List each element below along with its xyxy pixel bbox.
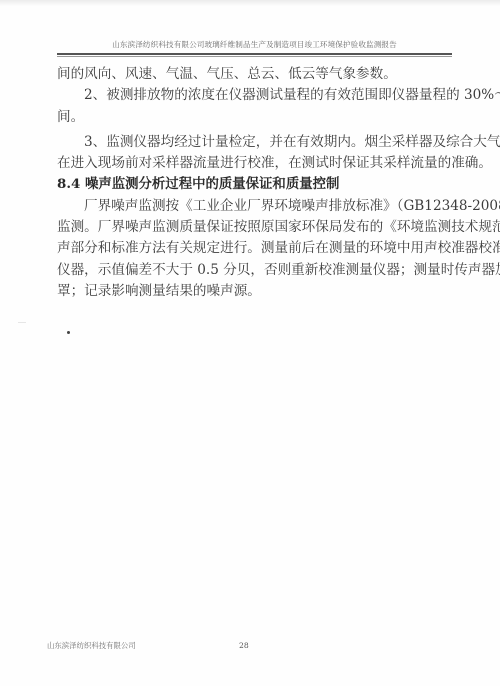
document-body: 间的风向、风速、气温、气压、总云、低云等气象参数。 2、被测排放物的浓度在仪器测… (57, 64, 452, 302)
document-page: 山东滨泽纺织科技有限公司玻璃纤维制品生产及制造项目竣工环境保护验收监测报告 间的… (0, 0, 500, 686)
footer-company: 山东滨泽纺织科技有限公司 (47, 640, 136, 651)
paragraph-line: 间。 (57, 107, 452, 128)
paragraph-line: 罩；记录影响测量结果的噪声源。 (57, 281, 452, 302)
paragraph-line: 厂界噪声监测按《工业企业厂界环境噪声排放标准》（GB12348-2008）进行 (57, 196, 452, 217)
header-rule (57, 53, 452, 55)
paragraph-line: 监测。厂界噪声监测质量保证按照原国家环保局发布的《环境监测技术规范》噪 (57, 217, 452, 238)
scan-artifact (18, 322, 26, 323)
paragraph-line: 2、被测排放物的浓度在仪器测试量程的有效范围即仪器量程的 30%～70%之 (57, 85, 452, 106)
scan-shadow (0, 0, 500, 6)
header-rule-thin (57, 56, 452, 57)
paragraph-line: 仪器，示值偏差不大于 0.5 分贝，否则重新校准测量仪器；测量时传声器加防风 (57, 260, 452, 281)
paragraph-line: 间的风向、风速、气温、气压、总云、低云等气象参数。 (57, 64, 452, 85)
paragraph-line: 在进入现场前对采样器流量进行校准，在测试时保证其采样流量的准确。 (57, 153, 452, 174)
section-heading: 8.4 噪声监测分析过程中的质量保证和质量控制 (57, 174, 452, 195)
scan-speck (67, 331, 70, 334)
running-header: 山东滨泽纺织科技有限公司玻璃纤维制品生产及制造项目竣工环境保护验收监测报告 (57, 39, 452, 50)
paragraph-line: 声部分和标准方法有关规定进行。测量前后在测量的环境中用声校准器校准测量 (57, 238, 452, 259)
paragraph-line: 3、监测仪器均经过计量检定，并在有效期内。烟尘采样器及综合大气采样器 (57, 132, 452, 153)
page-number: 28 (239, 641, 249, 650)
